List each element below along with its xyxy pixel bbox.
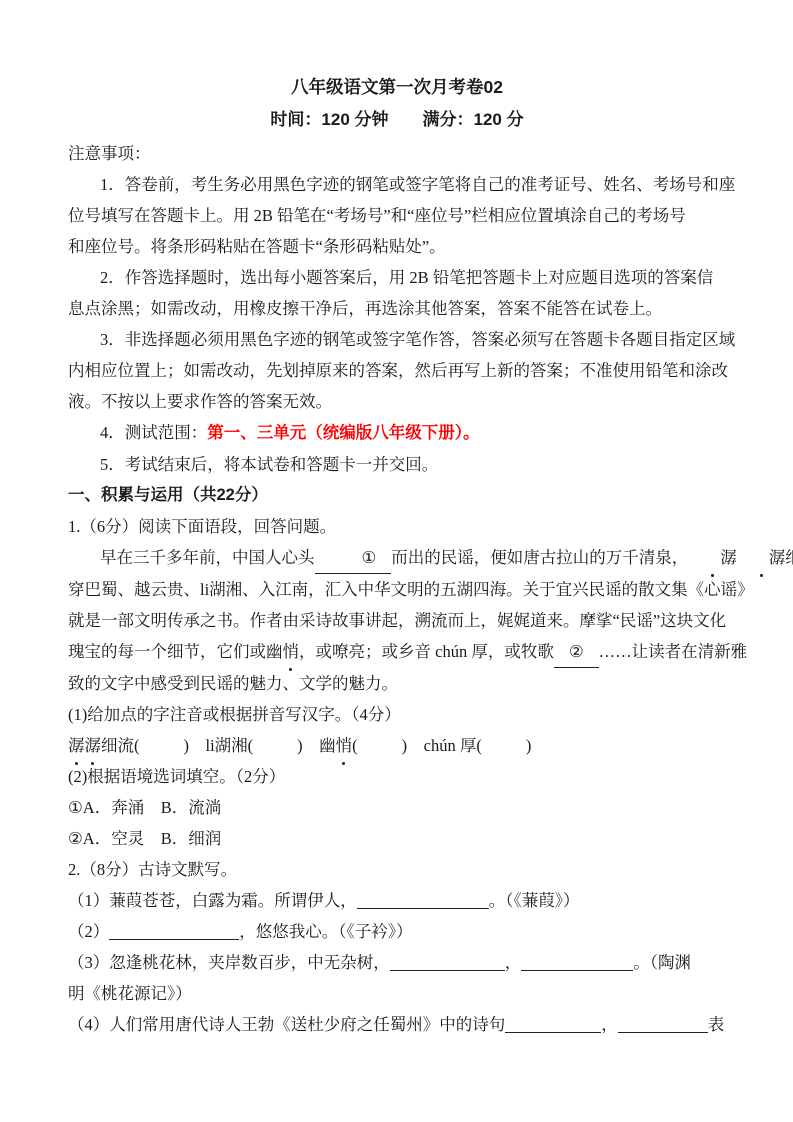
answer-blank [357, 894, 489, 909]
emphasis-dot-char: 潺 [688, 542, 737, 573]
text-run: 1．答卷前，考生务必用黑色字迹的钢笔或签字笔将自己的准考证号、姓名、考场号和座 [100, 175, 735, 194]
q2-item-1: （1）蒹葭苍苍，白露为霜。所谓伊人，。（《蒹葭》） [68, 885, 726, 916]
text-run: 致的文字中感受到民谣的魅力、文学的魅力。 [68, 674, 398, 693]
text-run: 内相应位置上；如需改动，先划掉原来的答案，然后再写上新的答案；不准使用铅笔和涂改 [68, 361, 728, 380]
text-run: 2．作答选择题时，选出每小题答案后，用 2B 铅笔把答题卡上对应题目选项的答案信 [100, 268, 713, 287]
q1-stem: 1.（6分）阅读下面语段，回答问题。 [68, 511, 726, 542]
answer-blank [521, 956, 633, 971]
text-run: ②A．空灵 B．细润 [68, 829, 221, 848]
text-run: 而出的民谣，便如唐古拉山的万千清泉， [391, 548, 688, 567]
answer-blank [505, 1018, 601, 1033]
text-run: 细流( [101, 736, 140, 755]
notice-item-5: 5．考试结束后，将本试卷和答题卡一并交回。 [68, 449, 726, 480]
text-run: 5．考试结束后，将本试卷和答题卡一并交回。 [100, 455, 438, 474]
document-body: 注意事项：1．答卷前，考生务必用黑色字迹的钢笔或签字笔将自己的准考证号、姓名、考… [68, 138, 726, 1040]
text-run: ， [601, 1015, 618, 1034]
emphasis-dot-char: 潺 [85, 730, 102, 761]
q1-passage-line-1: 早在三千多年前，中国人心头①而出的民谣，便如唐古拉山的万千清泉，潺潺细流， [68, 542, 726, 574]
paren-space [140, 741, 184, 751]
text-run: ， [505, 953, 522, 972]
q2-item-2: （2），悠悠我心。（《子衿》） [68, 916, 726, 947]
text-run: ) chún 厚( [402, 736, 482, 755]
q1-passage-line-3: 就是一部文明传承之书。作者由采诗故事讲起，溯流而上，娓娓道来。摩挲“民谣”这块文… [68, 605, 726, 636]
answer-blank [390, 956, 505, 971]
emphasized-word: 悄 [283, 642, 300, 661]
text-run: 位号填写在答题卡上。用 2B 铅笔在“考场号”和“座位号”栏相应位置填涂自己的考… [68, 206, 686, 225]
emphasis-dot-char: 悄 [283, 636, 300, 667]
page-title: 八年级语文第一次月考卷02 [68, 72, 726, 102]
answer-blank [618, 1018, 708, 1033]
text-run: （3）忽逢桃花林，夹岸数百步，中无杂树， [68, 953, 390, 972]
text-run: （2） [68, 922, 109, 941]
text-run: ，悠悠我心。（《子衿》） [239, 922, 412, 941]
text-run: （4）人们常用唐代诗人王勃《送杜少府之任蜀州》中的诗句 [68, 1015, 505, 1034]
notice-item-1-line-3: 和座位号。将条形码粘贴在答题卡“条形码粘贴处”。 [68, 231, 726, 262]
text-run: ，或嘹亮；或乡音 chún 厚，或牧歌 [299, 642, 554, 661]
notice-item-2-line-2: 息点涂黑；如需改动，用橡皮擦干净后，再选涂其他答案，答案不能答在试卷上。 [68, 293, 726, 324]
blank-circled-2: ② [554, 636, 599, 668]
q1-passage-line-5: 致的文字中感受到民谣的魅力、文学的魅力。 [68, 668, 726, 699]
text-run: 1.（6分）阅读下面语段，回答问题。 [68, 517, 336, 536]
exam-paper-page: 八年级语文第一次月考卷02 时间：120 分钟 满分：120 分 注意事项：1．… [0, 0, 793, 1122]
text-run: 液。不按以上要求作答的答案无效。 [68, 392, 332, 411]
q1-sub-1-items: 潺潺细流() li湖湘() 幽悄() chún 厚() [68, 730, 726, 761]
q2-item-4: （4）人们常用唐代诗人王勃《送杜少府之任蜀州》中的诗句，表 [68, 1009, 726, 1040]
text-run: 2.（8分）古诗文默写。 [68, 860, 237, 879]
notice-item-3-line-2: 内相应位置上；如需改动，先划掉原来的答案，然后再写上新的答案；不准使用铅笔和涂改 [68, 355, 726, 386]
text-run: 就是一部文明传承之书。作者由采诗故事讲起，溯流而上，娓娓道来。摩挲“民谣”这块文… [68, 611, 726, 630]
notice-item-1-line-1: 1．答卷前，考生务必用黑色字迹的钢笔或签字笔将自己的准考证号、姓名、考场号和座 [68, 169, 726, 200]
emphasis-dot-char: 潺 [68, 730, 85, 761]
text-run: ①A．奔涌 B．流淌 [68, 798, 221, 817]
notice-item-1-line-2: 位号填写在答题卡上。用 2B 铅笔在“考场号”和“座位号”栏相应位置填涂自己的考… [68, 200, 726, 231]
text-run: 。（陶渊 [633, 953, 691, 972]
test-scope-highlight: 第一、三单元（统编版八年级下册）。 [207, 424, 479, 442]
text-run: 细流， [785, 548, 793, 567]
page-subtitle: 时间：120 分钟 满分：120 分 [68, 102, 726, 138]
text-run: 瑰宝的每一个细节，它们或幽 [68, 642, 283, 661]
blank-circled-1: ① [315, 542, 392, 574]
emphasized-word: 悄 [336, 736, 353, 755]
text-run: 早在三千多年前，中国人心头 [100, 548, 315, 567]
notice-heading: 注意事项： [68, 138, 726, 169]
text-run: (1)给加点的字注音或根据拼音写汉字。（4分） [68, 705, 401, 724]
q2-stem: 2.（8分）古诗文默写。 [68, 854, 726, 885]
text-run: 息点涂黑；如需改动，用橡皮擦干净后，再选涂其他答案，答案不能答在试卷上。 [68, 299, 662, 318]
text-run: 穿巴蜀、越云贵、li湖湘、入江南，汇入中华文明的五湖四海。关于宜兴民谣的散文集《… [68, 580, 754, 599]
q1-passage-line-4: 瑰宝的每一个细节，它们或幽悄，或嘹亮；或乡音 chún 厚，或牧歌②……让读者在… [68, 636, 726, 668]
paren-space [253, 741, 297, 751]
text-run: 明《桃花源记》） [68, 984, 192, 1003]
answer-blank [109, 925, 239, 940]
section-1-heading: 一、积累与运用（共22分） [68, 480, 726, 511]
q1-sub-1-stem: (1)给加点的字注音或根据拼音写汉字。（4分） [68, 699, 726, 730]
notice-item-4: 4．测试范围：第一、三单元（统编版八年级下册）。 [68, 417, 726, 449]
text-run: 注意事项： [68, 144, 151, 163]
emphasis-dot-char: 悄 [336, 730, 353, 761]
text-run: 3．非选择题必须用黑色字迹的钢笔或签字笔作答，答案必须写在答题卡各题目指定区域 [100, 330, 735, 349]
text-run: ) [526, 736, 532, 755]
emphasis-dot-char: 潺 [737, 542, 786, 573]
text-run: ) 幽 [297, 736, 336, 755]
q1-sub-2-option-2: ②A．空灵 B．细润 [68, 823, 726, 854]
q2-item-3-line-1: （3）忽逢桃花林，夹岸数百步，中无杂树，，。（陶渊 [68, 947, 726, 978]
text-run: 和座位号。将条形码粘贴在答题卡“条形码粘贴处”。 [68, 237, 446, 256]
q1-sub-2-stem: (2)根据语境选词填空。（2分） [68, 761, 726, 792]
text-run: 一、积累与运用（共22分） [68, 486, 268, 504]
text-run: （1）蒹葭苍苍，白露为霜。所谓伊人， [68, 891, 357, 910]
notice-item-3-line-1: 3．非选择题必须用黑色字迹的钢笔或签字笔作答，答案必须写在答题卡各题目指定区域 [68, 324, 726, 355]
paren-space [482, 741, 526, 751]
text-run: 。（《蒹葭》） [489, 891, 580, 910]
q1-passage-line-2: 穿巴蜀、越云贵、li湖湘、入江南，汇入中华文明的五湖四海。关于宜兴民谣的散文集《… [68, 574, 726, 605]
text-run: ) li湖湘( [184, 736, 254, 755]
emphasized-word: 潺潺 [68, 736, 101, 755]
text-run: 表 [708, 1015, 725, 1034]
text-run: ……让读者在清新雅 [599, 642, 748, 661]
paren-space [358, 741, 402, 751]
notice-item-2-line-1: 2．作答选择题时，选出每小题答案后，用 2B 铅笔把答题卡上对应题目选项的答案信 [68, 262, 726, 293]
q1-sub-2-option-1: ①A．奔涌 B．流淌 [68, 792, 726, 823]
q2-item-3-line-2: 明《桃花源记》） [68, 978, 726, 1009]
emphasized-word: 潺潺 [688, 548, 785, 567]
text-run: (2)根据语境选词填空。（2分） [68, 767, 285, 786]
notice-item-3-line-3: 液。不按以上要求作答的答案无效。 [68, 386, 726, 417]
text-run: 4．测试范围： [100, 423, 207, 442]
